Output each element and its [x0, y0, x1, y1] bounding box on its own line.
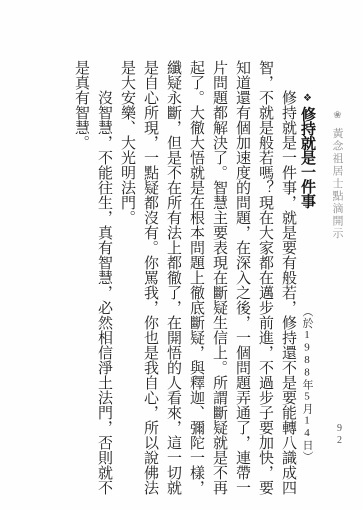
text-column-3: 知道還有個加速度的問題，在深入之後，一個問題弄通了，連帶一	[230, 60, 253, 506]
text-column-9: 沒智慧，不能往生，真有智慧，必然相信淨土法門，否則就不	[92, 60, 115, 506]
article-title-text: 修持就是一件事	[299, 107, 315, 209]
date-day-unit: 日）	[301, 440, 313, 463]
diamond-ornament-icon: ❖	[302, 93, 313, 104]
article-date: （於1988年5月14日）	[297, 306, 317, 463]
text-column-1: 修持就是一件事，就是要有般若，修持還不是要能轉八識成四	[276, 60, 299, 506]
running-head: ❀黃念祖居士點滴開示	[328, 110, 346, 240]
text-column-2: 智，不就是般若嗎？現在大家都在邁步前進，不過步子要加快，要	[253, 60, 276, 506]
text-column-10: 是真有智慧。	[69, 60, 92, 506]
page-number: 92	[332, 423, 346, 447]
date-year-unit: 年	[301, 379, 313, 391]
running-head-text: 黃念祖居士點滴開示	[331, 128, 343, 241]
article-body: 修持就是一件事，就是要有般若，修持還不是要能轉八識成四 智，不就是般若嗎？現在大…	[69, 60, 299, 506]
article-title: ❖修持就是一件事	[296, 93, 318, 208]
text-column-7: 是自心所現，一點疑都沒有。你罵我，你也是我自心，所以說佛法	[138, 60, 161, 506]
text-column-5: 起了。大徹大悟就是在根本問題上徹底斷疑，與釋迦、彌陀一樣，	[184, 60, 207, 506]
text-column-8: 是大安樂、大光明法門。	[115, 60, 138, 506]
date-month: 5	[301, 391, 313, 404]
date-day: 14	[301, 415, 313, 440]
date-month-unit: 月	[301, 403, 313, 415]
date-year: 1988	[301, 329, 313, 379]
text-column-4: 片問題都解決了。智慧主要表現在斷疑生信上。所謂斷疑就是不再	[207, 60, 230, 506]
flower-ornament-icon: ❀	[332, 110, 343, 123]
book-page: ❀黃念祖居士點滴開示 ❖修持就是一件事 （於1988年5月14日） 修持就是一件…	[0, 0, 363, 510]
text-column-6: 纖疑永斷，但是不在所有法上都徹了，在開悟的人看來，這一切就	[161, 60, 184, 506]
date-prefix: （於	[301, 306, 313, 329]
